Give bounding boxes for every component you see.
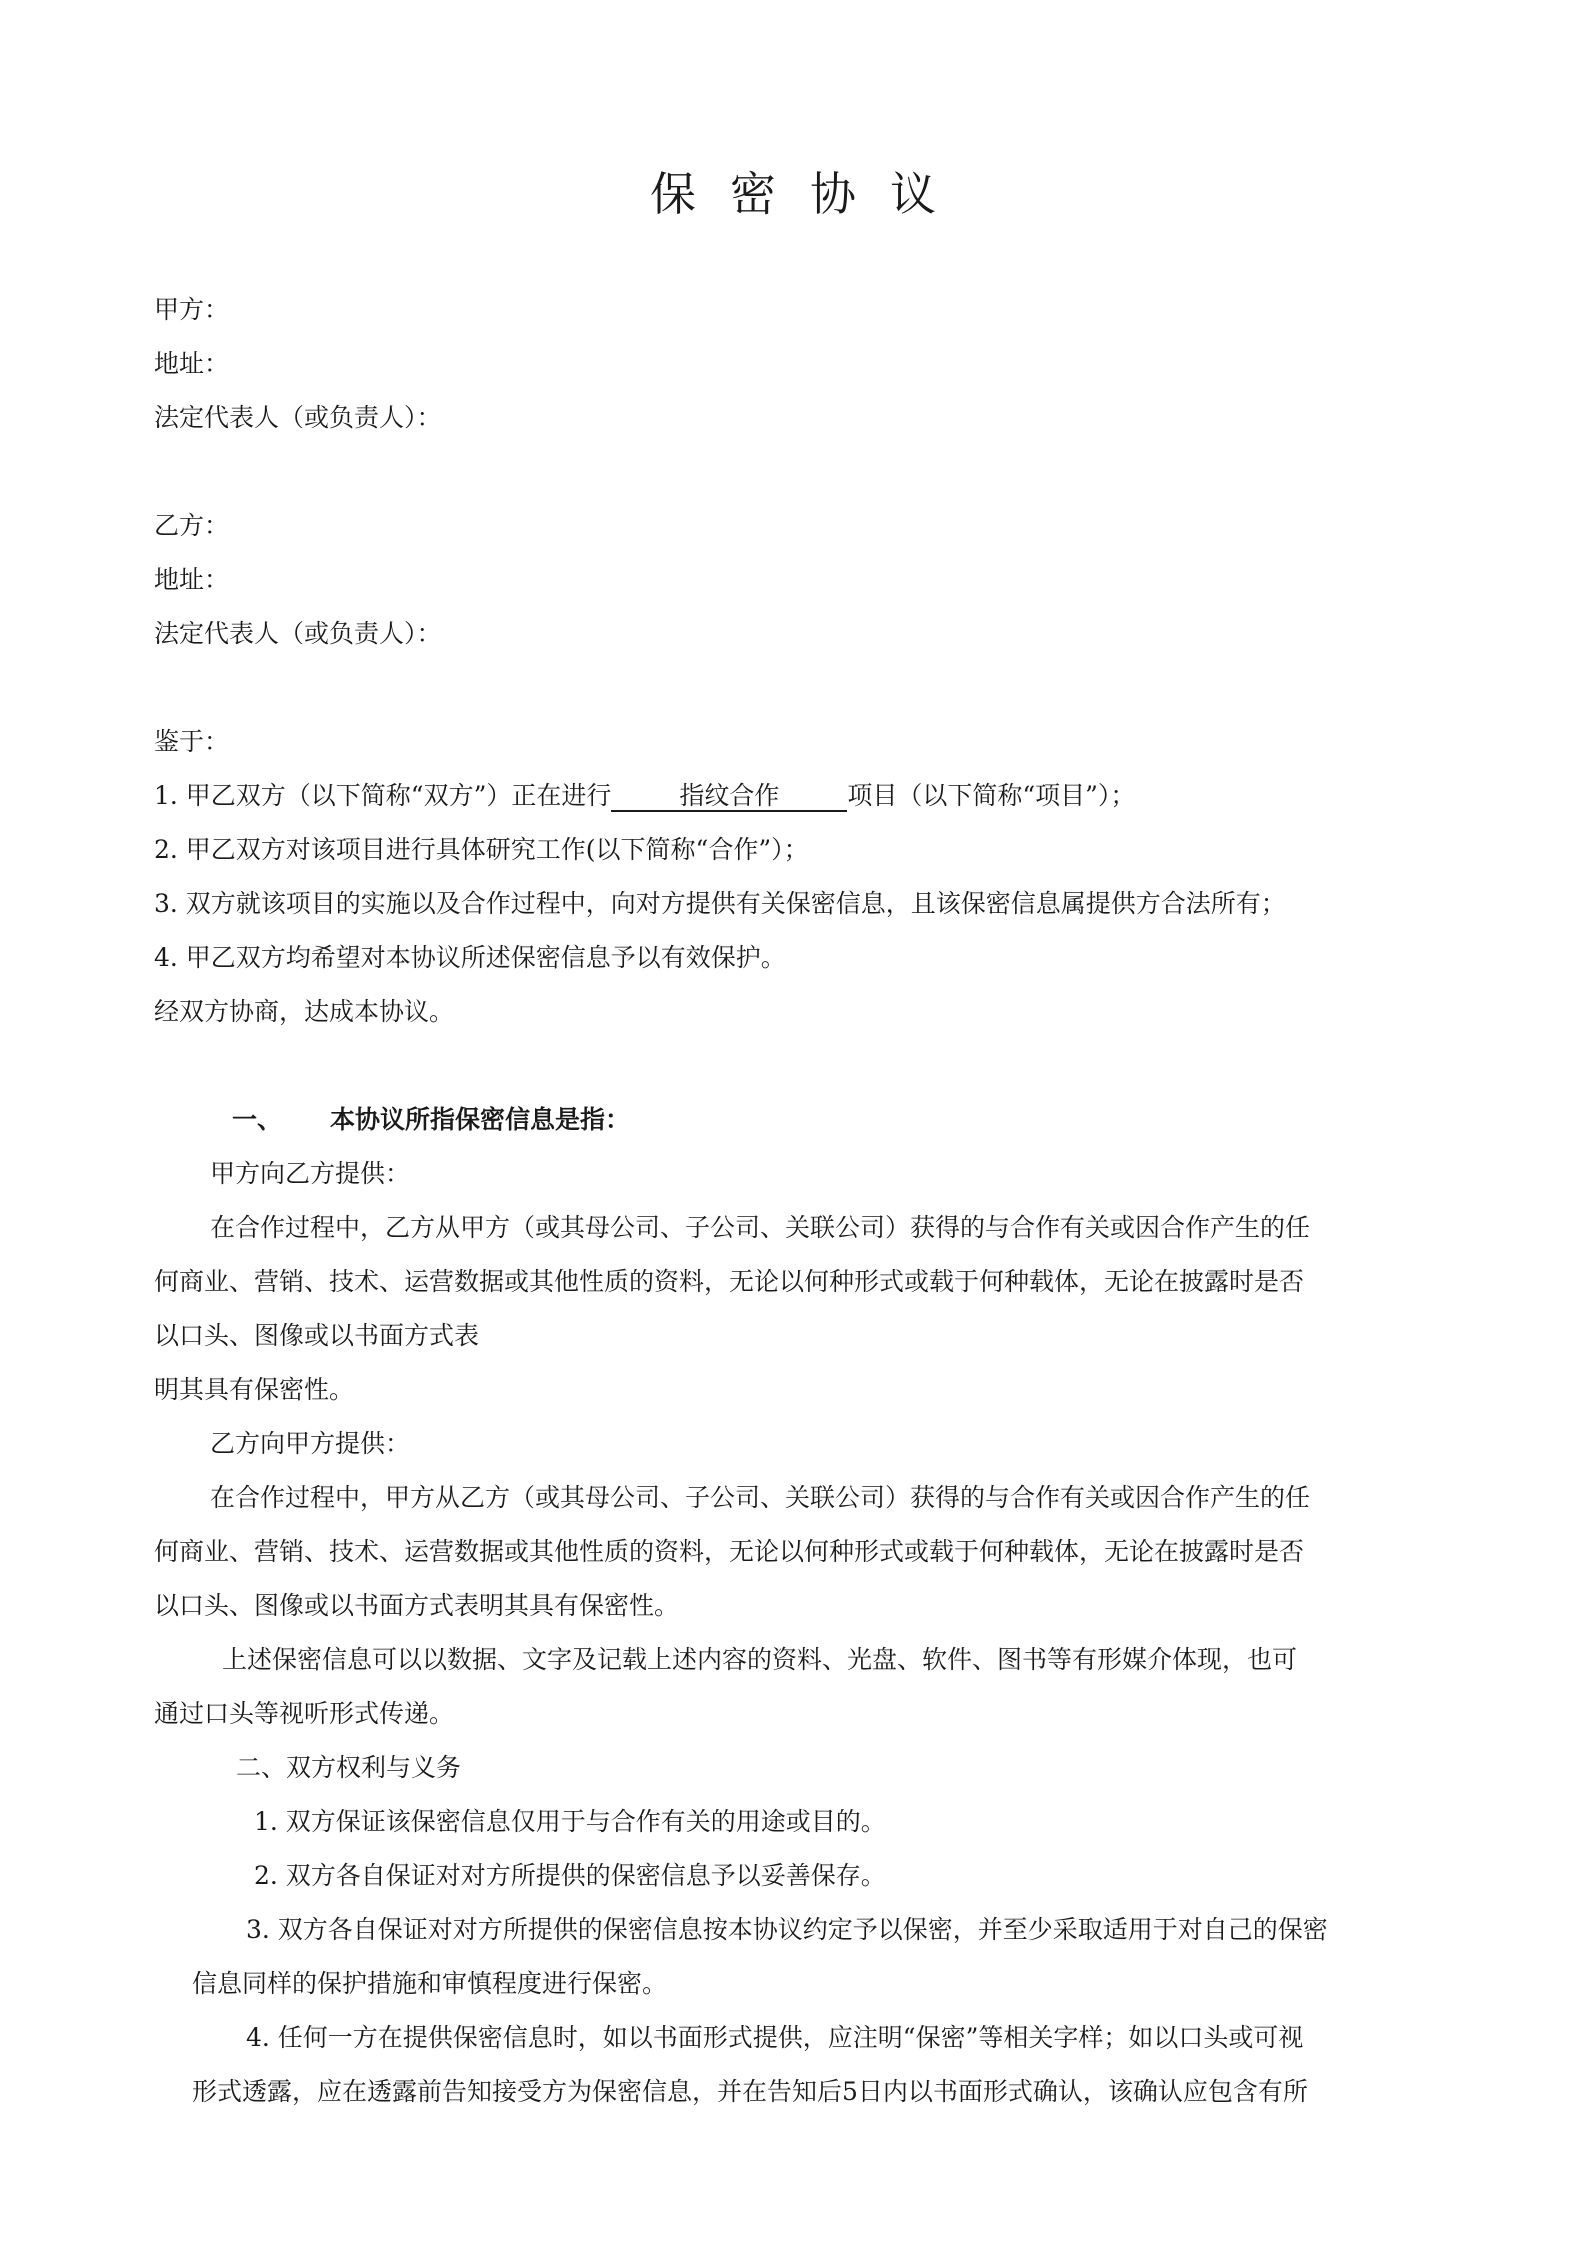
- section-2-item-3-line-2: 信息同样的保护措施和审慎程度进行保密。: [192, 1968, 667, 2000]
- section-2-item-4-line-1: 4. 任何一方在提供保密信息时，如以书面形式提供，应注明“保密”等相关字样；如以…: [246, 2022, 1303, 2054]
- project-name-field: 指纹合作: [611, 782, 847, 812]
- b-to-a-text-line-3: 以口头、图像或以书面方式表明其具有保密性。: [154, 1590, 679, 1622]
- whereas-item-1-prefix: 1. 甲乙双方（以下简称“双方”）正在进行: [154, 781, 611, 810]
- party-b-rep-label: 法定代表人（或负责人）：: [154, 618, 442, 650]
- whereas-conclusion: 经双方协商，达成本协议。: [154, 996, 454, 1028]
- whereas-item-4: 4. 甲乙双方均希望对本协议所述保密信息予以有效保护。: [154, 942, 786, 974]
- a-to-b-text-line-4: 明其具有保密性。: [154, 1374, 354, 1406]
- section-2-item-1: 1. 双方保证该保密信息仅用于与合作有关的用途或目的。: [254, 1806, 886, 1838]
- whereas-item-1-suffix: 项目（以下简称“项目”）；: [847, 781, 1135, 810]
- party-b-address-label: 地址：: [154, 564, 229, 596]
- section-2-item-3-line-1: 3. 双方各自保证对对方所提供的保密信息按本协议约定予以保密，并至少采取适用于对…: [246, 1914, 1328, 1946]
- whereas-item-3: 3. 双方就该项目的实施以及合作过程中，向对方提供有关保密信息，且该保密信息属提…: [154, 888, 1286, 920]
- party-a-label: 甲方：: [154, 294, 229, 326]
- document-title: 保密协议: [0, 158, 1586, 224]
- media-text-line-2: 通过口头等视听形式传递。: [154, 1698, 454, 1730]
- a-to-b-label: 甲方向乙方提供：: [210, 1158, 410, 1190]
- party-a-rep-label: 法定代表人（或负责人）：: [154, 402, 442, 434]
- whereas-item-2: 2. 甲乙双方对该项目进行具体研究工作(以下简称“合作”）；: [154, 834, 809, 866]
- a-to-b-text-line-3: 以口头、图像或以书面方式表: [154, 1320, 479, 1352]
- b-to-a-text-line-2: 何商业、营销、技术、运营数据或其他性质的资料，无论以何种形式或载于何种载体，无论…: [154, 1536, 1304, 1568]
- section-2-item-4-line-2: 形式透露，应在透露前告知接受方为保密信息，并在告知后5日内以书面形式确认，该确认…: [192, 2076, 1308, 2108]
- b-to-a-text-line-1: 在合作过程中，甲方从乙方（或其母公司、子公司、关联公司）获得的与合作有关或因合作…: [210, 1482, 1310, 1514]
- whereas-item-1: 1. 甲乙双方（以下简称“双方”）正在进行指纹合作项目（以下简称“项目”）；: [154, 780, 1135, 812]
- section-2-heading: 二、双方权利与义务: [236, 1752, 461, 1784]
- section-2-item-2: 2. 双方各自保证对对方所提供的保密信息予以妥善保存。: [254, 1860, 886, 1892]
- whereas-heading: 鉴于：: [154, 726, 229, 758]
- document-page: 保密协议 甲方： 地址： 法定代表人（或负责人）： 乙方： 地址： 法定代表人（…: [0, 0, 1586, 2244]
- section-1-number: 一、: [232, 1104, 282, 1136]
- b-to-a-label: 乙方向甲方提供：: [210, 1428, 410, 1460]
- a-to-b-text-line-1: 在合作过程中，乙方从甲方（或其母公司、子公司、关联公司）获得的与合作有关或因合作…: [210, 1212, 1310, 1244]
- party-a-address-label: 地址：: [154, 348, 229, 380]
- party-b-label: 乙方：: [154, 510, 229, 542]
- media-text-line-1: 上述保密信息可以以数据、文字及记载上述内容的资料、光盘、软件、图书等有形媒介体现…: [222, 1644, 1297, 1676]
- section-1-heading: 本协议所指保密信息是指：: [330, 1104, 630, 1136]
- a-to-b-text-line-2: 何商业、营销、技术、运营数据或其他性质的资料，无论以何种形式或载于何种载体，无论…: [154, 1266, 1304, 1298]
